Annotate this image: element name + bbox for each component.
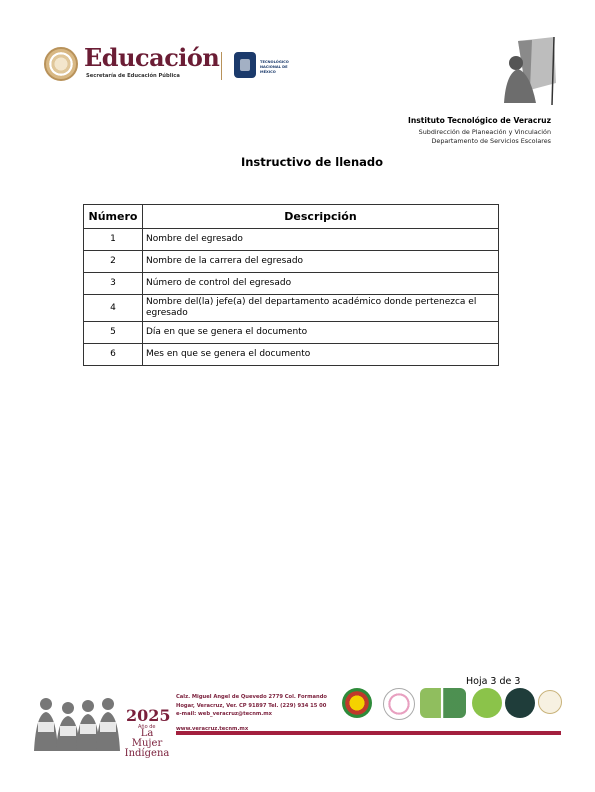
table-row: 5 Día en que se genera el documento [84, 322, 499, 344]
address-block: Calz. Miguel Angel de Quevedo 2779 Col. … [176, 693, 327, 719]
institute-name: Instituto Tecnológico de Veracruz [408, 116, 551, 125]
row-description: Mes en que se genera el documento [143, 344, 499, 366]
flag-woman-illustration [496, 33, 558, 105]
year-2025: 2025 [126, 708, 171, 724]
tecnm-gear-logo-icon [234, 52, 256, 78]
sep-logo-subtitle: Secretaría de Educación Pública [86, 73, 180, 79]
header-descripcion: Descripción [143, 205, 499, 229]
header-numero: Número [84, 205, 143, 229]
row-description: Número de control del egresado [143, 273, 499, 295]
row-number: 2 [84, 251, 143, 273]
row-number: 5 [84, 322, 143, 344]
gender-equality-seal-icon [383, 688, 415, 720]
iso-9001-badge-icon [505, 688, 535, 718]
mexico-coat-of-arms-logo [44, 47, 78, 81]
document-title: Instructivo de llenado [0, 155, 595, 169]
table-row: 4 Nombre del(la) jefe(a) del departament… [84, 295, 499, 322]
plastic-free-heart-icon [420, 688, 466, 718]
email-text: e-mail: web_veracruz@tecnm.mx [176, 710, 327, 719]
table-row: 2 Nombre de la carrera del egresado [84, 251, 499, 273]
subdireccion-name: Subdirección de Planeación y Vinculación [419, 128, 551, 136]
table-row: 3 Número de control del egresado [84, 273, 499, 295]
footer-divider-bar [176, 731, 561, 735]
departamento-name: Departamento de Servicios Escolares [431, 137, 551, 145]
table-row: 1 Nombre del egresado [84, 229, 499, 251]
address-line-1: Calz. Miguel Angel de Quevedo 2779 Col. … [176, 693, 327, 702]
row-number: 3 [84, 273, 143, 295]
page-number: Hoja 3 de 3 [466, 676, 520, 687]
row-description: Nombre de la carrera del egresado [143, 251, 499, 273]
table-row: 6 Mes en que se genera el documento [84, 344, 499, 366]
year-theme: La Mujer Indígena [124, 729, 170, 759]
row-number: 6 [84, 344, 143, 366]
address-line-2: Hogar, Veracruz, Ver. CP 91897 Tel. (229… [176, 702, 327, 711]
row-number: 4 [84, 295, 143, 322]
tecnm-logo-text: TECNOLÓGICO NACIONAL DE MÉXICO [260, 60, 304, 75]
logo-divider [221, 52, 222, 80]
indigenous-women-illustration [32, 688, 122, 751]
table-header-row: Número Descripción [84, 205, 499, 229]
iso-14001-badge-icon [472, 688, 502, 718]
row-number: 1 [84, 229, 143, 251]
row-description: Nombre del egresado [143, 229, 499, 251]
itv-emblem-icon [342, 688, 372, 718]
sep-logo-title: Educación [84, 44, 219, 72]
row-description: Día en que se genera el documento [143, 322, 499, 344]
row-description: Nombre del(la) jefe(a) del departamento … [143, 295, 499, 322]
instructions-table: Número Descripción 1 Nombre del egresado… [83, 204, 499, 366]
quality-seal-icon [538, 690, 562, 714]
